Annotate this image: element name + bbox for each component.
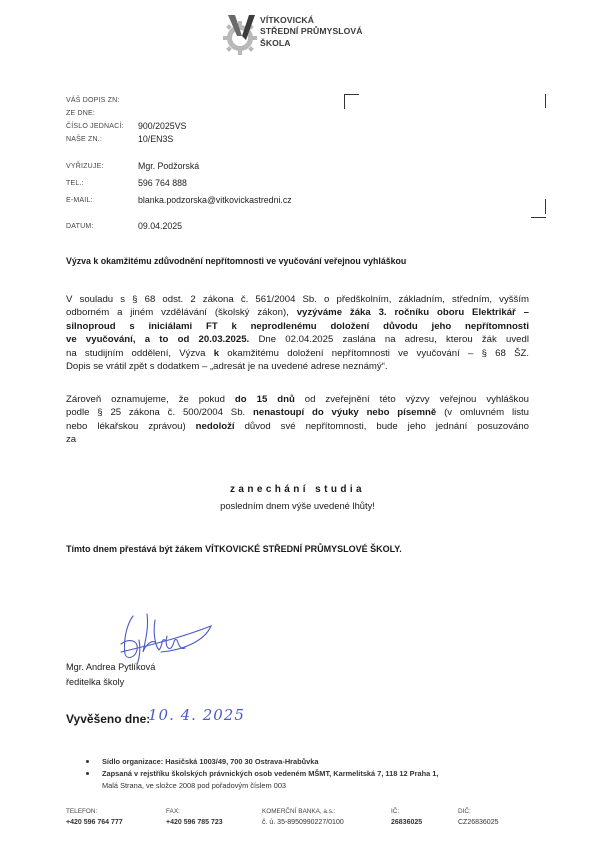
footer-value: č. ú. 35-8950990227/0100 (262, 817, 344, 828)
paragraph-notice: V souladu s § 68 odst. 2 zákona č. 561/2… (66, 293, 529, 373)
gear-v-logo-icon (222, 12, 258, 56)
meta-label: ZE DNE: (66, 110, 95, 117)
text-span: Tímto dnem přestává být žákem (66, 544, 203, 554)
footer-bullets: Sídlo organizace: Hasičská 1003/49, 700 … (86, 756, 438, 792)
text-span: Zároveň oznamujeme, že pokud (66, 394, 225, 405)
school-logo: VÍTKOVICKÁ STŘEDNÍ PRŮMYSLOVÁ ŠKOLA (222, 10, 382, 60)
meta-label: VYŘIZUJE: (66, 163, 104, 170)
text-line: podle § 25 zákona č. 500/2004 Sb. nenast… (66, 406, 529, 419)
text-line: silnoproud s iniciálami FT k neprodleném… (66, 320, 529, 333)
text-span-bold: ve vyučování, a to od 20.03.2025. (66, 334, 249, 345)
address-window-corner (344, 94, 359, 95)
meta-label: NAŠE ZN.: (66, 136, 102, 143)
address-window-corner (531, 217, 546, 218)
text-span: Dopis se vrátil zpět s dodatkem – „adres… (66, 361, 388, 372)
text-span: na studijním oddělení, Výzva (66, 348, 205, 359)
footer-phone: TELEFON: +420 596 764 777 (66, 806, 123, 828)
text-line: odborném a jiném vzdělávání (školský zák… (66, 306, 529, 319)
text-span-bold: vyzýváme žáka 3. ročníku oboru Elektriká… (297, 307, 529, 318)
email-link[interactable]: blanka.podzorska@vitkovickastredni.cz (138, 195, 292, 205)
text-span-bold: silnoproud s iniciálami FT k neprodleném… (66, 321, 529, 332)
text-span-bold: k (214, 348, 219, 359)
text-span: Dne 02.04.2025 zaslána na adresu, kterou… (258, 334, 529, 345)
text-span: (v omluvném listu (444, 407, 529, 418)
text-span-bold: do 15 dnů (235, 394, 295, 405)
meta-label: TEL.: (66, 180, 84, 187)
signatory-role: ředitelka školy (66, 677, 124, 687)
footer-bullet: Sídlo organizace: Hasičská 1003/49, 700 … (86, 756, 438, 768)
letter-subject: Výzva k okamžitému zdůvodnění nepřítomno… (66, 256, 406, 266)
footer-label: KOMERČNÍ BANKA, a.s.: (262, 806, 344, 817)
posted-label: Vyvěšeno dne: (66, 712, 150, 726)
text-span-bold: nenastoupí do výuky nebo písemně (253, 407, 436, 418)
footer-value: 26836025 (391, 817, 422, 828)
logo-line: STŘEDNÍ PRŮMYSLOVÁ (260, 26, 363, 37)
text-span: nebo lékařskou zprávou) (66, 421, 186, 432)
bullet-icon (86, 760, 89, 763)
logo-line: VÍTKOVICKÁ (260, 15, 363, 26)
meta-label: VÁŠ DOPIS ZN: (66, 97, 120, 104)
footer-fax: FAX: +420 596 785 723 (166, 806, 223, 828)
text-span: Zapsaná v rejstříku školských právnickýc… (102, 769, 438, 778)
text-line: Dopis se vrátil zpět s dodatkem – „adres… (66, 360, 529, 373)
footer-bank: KOMERČNÍ BANKA, a.s.: č. ú. 35-895099022… (262, 806, 344, 828)
phone: 596 764 888 (138, 178, 187, 188)
text-span: od zveřejnění této výzvy veřejnou vyhláš… (305, 394, 529, 405)
emphasis-main: zanechání studia (0, 484, 595, 495)
text-span: důvod své nepřítomnosti, bude jeho jedná… (245, 421, 529, 432)
text-line: V souladu s § 68 odst. 2 zákona č. 561/2… (66, 293, 529, 306)
footer-value: +420 596 785 723 (166, 817, 223, 828)
footer-label: DIČ: (458, 806, 498, 817)
final-statement: Tímto dnem přestává být žákem VÍTKOVICKÉ… (66, 544, 402, 554)
address-window-corner (545, 94, 546, 108)
our-reference: 10/EN3S (138, 134, 173, 144)
address-window-corner (545, 199, 546, 214)
school-name-inline: VÍTKOVICKÉ STŘEDNÍ PRŮMYSLOVÉ ŠKOLY. (205, 544, 402, 554)
posted-date-handwritten: 10. 4. 2025 (148, 706, 245, 724)
emphasis-sub: posledním dnem výše uvedené lhůty! (0, 500, 595, 511)
text-span: V souladu s § 68 odst. 2 zákona č. 561/2… (66, 294, 529, 305)
signatory-name: Mgr. Andrea Pytlíková (66, 662, 155, 672)
reference-number: 900/2025VS (138, 121, 186, 131)
text-line: nebo lékařskou zprávou) nedoloží důvod s… (66, 420, 529, 433)
meta-label: ČÍSLO JEDNACÍ: (66, 123, 124, 130)
logo-line: ŠKOLA (260, 38, 363, 49)
meta-label: DATUM: (66, 223, 94, 230)
bullet-icon (86, 772, 89, 775)
paragraph-consequence: Zároveň oznamujeme, že pokud do 15 dnů o… (66, 393, 529, 447)
text-line: Zároveň oznamujeme, že pokud do 15 dnů o… (66, 393, 529, 406)
footer-label: IČ: (391, 806, 422, 817)
text-span: za (66, 434, 76, 445)
text-line: na studijním oddělení, Výzva k okamžitém… (66, 347, 529, 360)
footer-ic: IČ: 26836025 (391, 806, 422, 828)
footer-bullet-continuation: Malá Strana, ve složce 2008 pod pořadový… (86, 780, 438, 792)
text-span: okamžitému doložení nepřítomnosti ve vyu… (227, 348, 529, 359)
text-span: podle § 25 zákona č. 500/2004 Sb. (66, 407, 245, 418)
handwritten-signature-icon (115, 610, 215, 665)
text-line: za (66, 433, 529, 446)
meta-label: E-MAIL: (66, 197, 93, 204)
footer-dic: DIČ: CZ26836025 (458, 806, 498, 828)
text-span: odborném a jiném vzdělávání (školský zák… (66, 307, 289, 318)
address-window-corner (344, 94, 345, 109)
footer-value: CZ26836025 (458, 817, 498, 828)
footer-label: FAX: (166, 806, 223, 817)
text-span: Malá Strana, ve složce 2008 pod pořadový… (102, 781, 286, 790)
footer-label: TELEFON: (66, 806, 123, 817)
footer-value: +420 596 764 777 (66, 817, 123, 828)
school-name: VÍTKOVICKÁ STŘEDNÍ PRŮMYSLOVÁ ŠKOLA (260, 15, 363, 49)
date: 09.04.2025 (138, 221, 182, 231)
text-span-bold: nedoloží (196, 421, 235, 432)
text-span: Sídlo organizace: Hasičská 1003/49, 700 … (102, 757, 319, 766)
footer-bullet: Zapsaná v rejstříku školských právnickýc… (86, 768, 438, 780)
handled-by: Mgr. Podžorská (138, 161, 199, 171)
text-line: ve vyučování, a to od 20.03.2025. Dne 02… (66, 333, 529, 346)
